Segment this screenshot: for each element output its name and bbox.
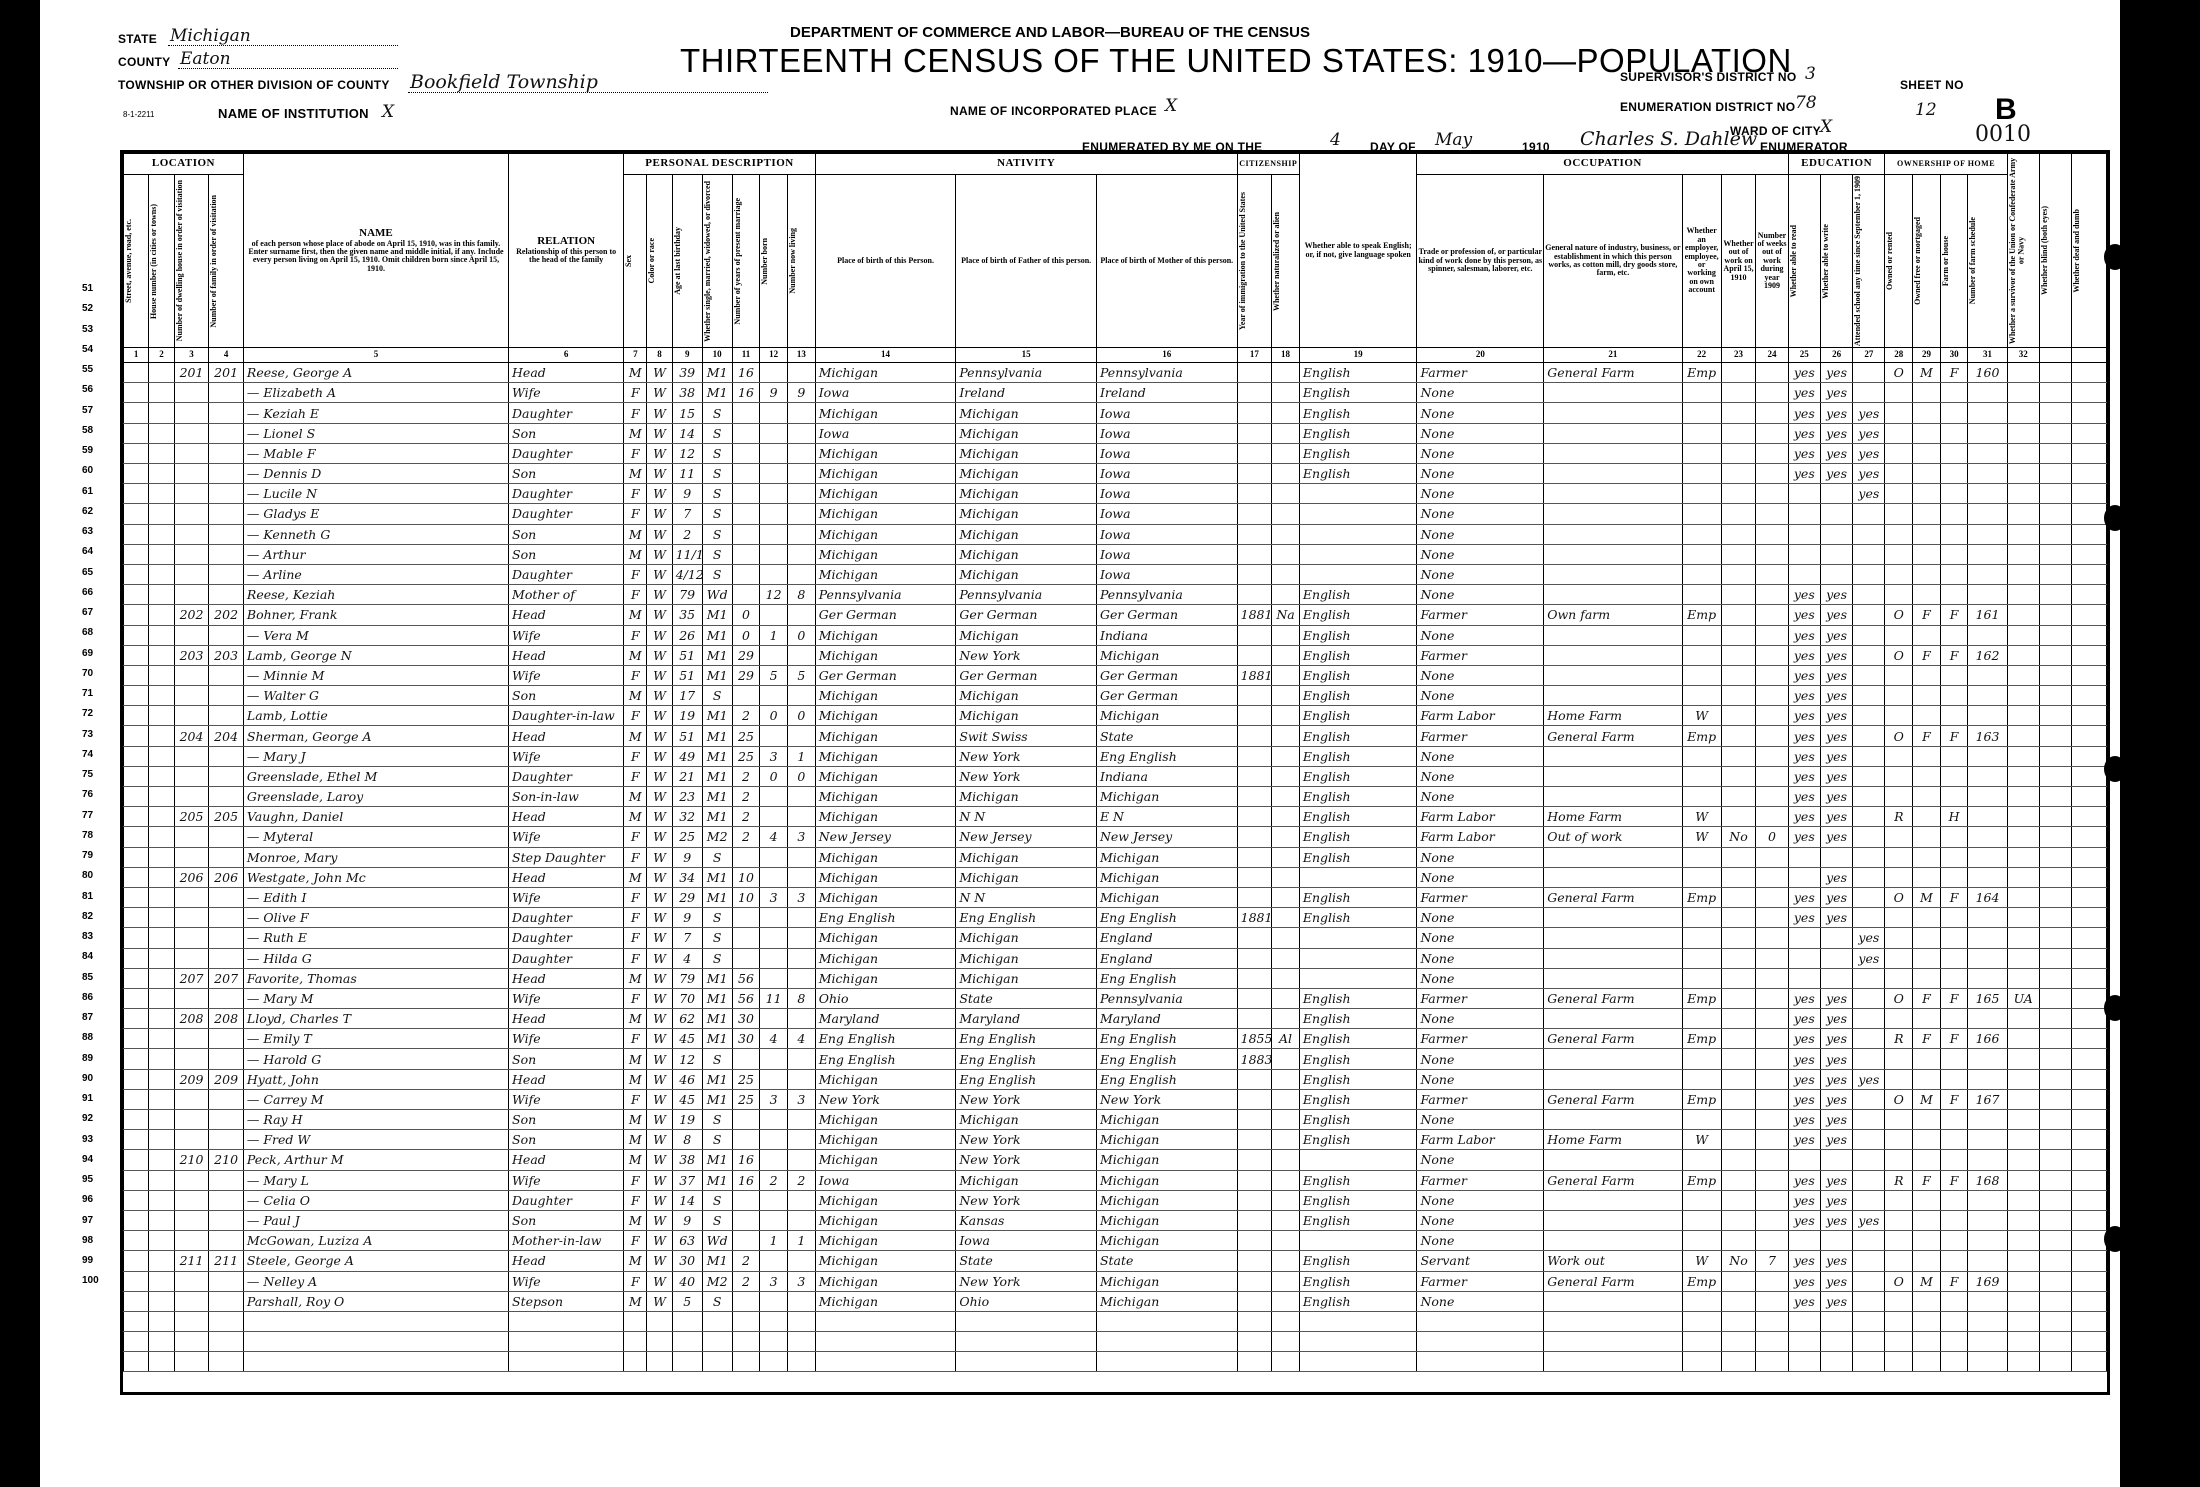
- cell-pob_f: Michigan: [956, 948, 1097, 968]
- cell-trade: Farmer: [1417, 363, 1544, 383]
- cell-dwelling: [174, 1089, 209, 1109]
- cell-school: [1853, 605, 1885, 625]
- cell-write: yes: [1820, 1190, 1852, 1210]
- cell-house: [149, 706, 174, 726]
- cell-school: [1853, 827, 1885, 847]
- cell-emp: [1682, 625, 1721, 645]
- cell-age: 79: [672, 968, 702, 988]
- cell-emp: [1682, 1291, 1721, 1311]
- cell-relation: Daughter: [509, 443, 624, 463]
- cell-sched: [1968, 1110, 2007, 1130]
- cell-mort: F: [1913, 726, 1941, 746]
- cell-imm: [1237, 766, 1272, 786]
- cell-sex: F: [624, 504, 647, 524]
- line-number: 57: [82, 405, 93, 416]
- cell-born: [760, 807, 788, 827]
- cell-lang: English: [1299, 908, 1417, 928]
- cell-pob: Eng English: [815, 1049, 956, 1069]
- cell-blind: [2039, 968, 2071, 988]
- cell-trade: Farmer: [1417, 887, 1544, 907]
- cell-deaf: [2072, 766, 2107, 786]
- cell-weeks: [1756, 1210, 1788, 1230]
- cell-oow: No: [1721, 1251, 1756, 1271]
- cell-write: [1820, 504, 1852, 524]
- cell-mort: [1913, 403, 1941, 423]
- cell-own: [1885, 1291, 1913, 1311]
- cell-sched: [1968, 686, 2007, 706]
- cell-write: yes: [1820, 706, 1852, 726]
- cell-trade: None: [1417, 867, 1544, 887]
- cell-born: 3: [760, 1271, 788, 1291]
- cell-pob: [815, 1332, 956, 1352]
- cell-street: [124, 1352, 149, 1372]
- table-row: 211211Steele, George AHeadMW30M12Michiga…: [124, 1251, 2107, 1271]
- line-number: 72: [82, 708, 93, 719]
- table-row: Greenslade, Ethel MDaughterFW21M1200Mich…: [124, 766, 2107, 786]
- cell-pob_m: Indiana: [1096, 766, 1237, 786]
- cell-pob_m: Michigan: [1096, 1190, 1237, 1210]
- cell-vet: [2007, 585, 2039, 605]
- cell-industry: [1544, 464, 1682, 484]
- cell-color: W: [647, 726, 672, 746]
- cell-age: [672, 1311, 702, 1331]
- cell-age: 14: [672, 1190, 702, 1210]
- cell-lang: [1299, 948, 1417, 968]
- cell-yrs: 25: [732, 746, 760, 766]
- cell-dwelling: 204: [174, 726, 209, 746]
- cell-color: W: [647, 948, 672, 968]
- cell-school: [1853, 787, 1885, 807]
- cell-imm: [1237, 645, 1272, 665]
- cell-marital: Wd: [702, 585, 732, 605]
- cell-color: W: [647, 1170, 672, 1190]
- cell-marital: M1: [702, 1009, 732, 1029]
- table-row: — Vera MWifeFW26M1010MichiganMichiganInd…: [124, 625, 2107, 645]
- column-number: 2: [149, 348, 174, 363]
- cell-relation: Head: [509, 645, 624, 665]
- cell-emp: [1682, 1009, 1721, 1029]
- occupation-header: OCCUPATION: [1417, 154, 1788, 175]
- cell-family: [209, 706, 244, 726]
- cell-house: [149, 1271, 174, 1291]
- cell-oow: [1721, 1150, 1756, 1170]
- cell-pob_f: Eng English: [956, 1029, 1097, 1049]
- cell-school: [1853, 524, 1885, 544]
- cell-read: yes: [1788, 1009, 1820, 1029]
- cell-farm: [1940, 1049, 1968, 1069]
- cell-living: [787, 807, 815, 827]
- cell-read: yes: [1788, 706, 1820, 726]
- cell-trade: None: [1417, 968, 1544, 988]
- cell-pob_m: Iowa: [1096, 403, 1237, 423]
- cell-pob: Michigan: [815, 686, 956, 706]
- cell-blind: [2039, 1170, 2071, 1190]
- cell-weeks: [1756, 988, 1788, 1008]
- cell-color: W: [647, 383, 672, 403]
- cell-oow: [1721, 403, 1756, 423]
- cell-pob: Michigan: [815, 625, 956, 645]
- cell-write: yes: [1820, 585, 1852, 605]
- cell-imm: [1237, 988, 1272, 1008]
- cell-name: Greenslade, Laroy: [243, 787, 508, 807]
- cell-pob_f: Maryland: [956, 1009, 1097, 1029]
- cell-weeks: [1756, 383, 1788, 403]
- cell-living: [787, 464, 815, 484]
- cell-write: yes: [1820, 363, 1852, 383]
- cell-pob_f: Pennsylvania: [956, 363, 1097, 383]
- cell-born: 2: [760, 1170, 788, 1190]
- cell-school: [1853, 766, 1885, 786]
- cell-born: 5: [760, 665, 788, 685]
- cell-marital: S: [702, 544, 732, 564]
- cell-street: [124, 726, 149, 746]
- cell-pob: Michigan: [815, 484, 956, 504]
- cell-age: 45: [672, 1089, 702, 1109]
- column-number: 16: [1096, 348, 1237, 363]
- cell-sched: 169: [1968, 1271, 2007, 1291]
- cell-age: 9: [672, 1210, 702, 1230]
- cell-blind: [2039, 1271, 2071, 1291]
- cell-deaf: [2072, 1170, 2107, 1190]
- cell-lang: English: [1299, 605, 1417, 625]
- cell-born: [760, 403, 788, 423]
- cell-farm: [1940, 968, 1968, 988]
- cell-nat: [1272, 1311, 1300, 1331]
- cell-farm: [1940, 625, 1968, 645]
- cell-age: 34: [672, 867, 702, 887]
- cell-mort: M: [1913, 1271, 1941, 1291]
- cell-family: 203: [209, 645, 244, 665]
- cell-house: [149, 1009, 174, 1029]
- cell-house: [149, 1210, 174, 1230]
- cell-industry: General Farm: [1544, 726, 1682, 746]
- table-row: — Elizabeth AWifeFW38M11699IowaIrelandIr…: [124, 383, 2107, 403]
- cell-lang: [1299, 928, 1417, 948]
- cell-marital: M1: [702, 807, 732, 827]
- cell-name: — Lucile N: [243, 484, 508, 504]
- cell-dwelling: 209: [174, 1069, 209, 1089]
- cell-lang: [1299, 968, 1417, 988]
- cell-deaf: [2072, 726, 2107, 746]
- cell-age: 5: [672, 1291, 702, 1311]
- cell-trade: Servant: [1417, 1251, 1544, 1271]
- cell-living: 1: [787, 746, 815, 766]
- cell-own: R: [1885, 1029, 1913, 1049]
- cell-own: [1885, 1251, 1913, 1271]
- cell-trade: Farm Labor: [1417, 706, 1544, 726]
- cell-trade: Farmer: [1417, 1271, 1544, 1291]
- cell-vet: [2007, 1352, 2039, 1372]
- cell-imm: [1237, 544, 1272, 564]
- cell-dwelling: 210: [174, 1150, 209, 1170]
- column-number: [2072, 348, 2107, 363]
- cell-house: [149, 988, 174, 1008]
- cell-deaf: [2072, 383, 2107, 403]
- cell-emp: [1682, 1069, 1721, 1089]
- cell-nat: [1272, 403, 1300, 423]
- cell-pob_f: Michigan: [956, 867, 1097, 887]
- cell-pob: Michigan: [815, 1271, 956, 1291]
- cell-pob: Michigan: [815, 948, 956, 968]
- cell-deaf: [2072, 988, 2107, 1008]
- cell-nat: [1272, 645, 1300, 665]
- cell-pob_f: New York: [956, 1271, 1097, 1291]
- cell-sched: [1968, 1210, 2007, 1230]
- table-row: — Lionel SSonMW14SIowaMichiganIowaEnglis…: [124, 423, 2107, 443]
- cell-house: [149, 908, 174, 928]
- cell-name: Greenslade, Ethel M: [243, 766, 508, 786]
- cell-family: [209, 787, 244, 807]
- cell-dwelling: [174, 887, 209, 907]
- line-number: 93: [82, 1134, 93, 1145]
- cell-name: — Mary J: [243, 746, 508, 766]
- cell-dwelling: [174, 1130, 209, 1150]
- cell-sex: F: [624, 1190, 647, 1210]
- cell-name: — Gladys E: [243, 504, 508, 524]
- cell-nat: [1272, 1332, 1300, 1352]
- cell-living: [787, 484, 815, 504]
- cell-oow: [1721, 948, 1756, 968]
- cell-yrs: [732, 464, 760, 484]
- cell-living: [787, 544, 815, 564]
- cell-pob: Michigan: [815, 1130, 956, 1150]
- cell-sex: [624, 1311, 647, 1331]
- cell-read: yes: [1788, 464, 1820, 484]
- sex-header: Sex: [625, 255, 633, 267]
- cell-deaf: [2072, 1110, 2107, 1130]
- cell-living: [787, 605, 815, 625]
- cell-lang: English: [1299, 383, 1417, 403]
- cell-pob_f: Michigan: [956, 443, 1097, 463]
- cell-name: — Ray H: [243, 1110, 508, 1130]
- cell-relation: Head: [509, 867, 624, 887]
- column-number: 10: [702, 348, 732, 363]
- cell-vet: [2007, 403, 2039, 423]
- cell-farm: [1940, 686, 1968, 706]
- table-row: — Keziah EDaughterFW15SMichiganMichiganI…: [124, 403, 2107, 423]
- cell-dwelling: [174, 665, 209, 685]
- cell-farm: F: [1940, 605, 1968, 625]
- column-numbers-row: 1234567891011121314151617181920212223242…: [124, 348, 2107, 363]
- cell-blind: [2039, 625, 2071, 645]
- cell-emp: W: [1682, 1251, 1721, 1271]
- cell-living: [787, 443, 815, 463]
- cell-trade: Farmer: [1417, 1170, 1544, 1190]
- department-title: DEPARTMENT OF COMMERCE AND LABOR—BUREAU …: [790, 24, 1310, 41]
- cell-age: 45: [672, 1029, 702, 1049]
- cell-nat: [1272, 1130, 1300, 1150]
- cell-color: W: [647, 706, 672, 726]
- county-value: Eaton: [180, 49, 231, 69]
- cell-deaf: [2072, 867, 2107, 887]
- cell-vet: [2007, 645, 2039, 665]
- cell-school: [1853, 1049, 1885, 1069]
- cell-relation: Son: [509, 524, 624, 544]
- column-number: 22: [1682, 348, 1721, 363]
- cell-vet: [2007, 1291, 2039, 1311]
- cell-house: [149, 928, 174, 948]
- cell-own: [1885, 1130, 1913, 1150]
- cell-school: [1853, 1231, 1885, 1251]
- cell-lang: English: [1299, 1291, 1417, 1311]
- cell-pob_f: Michigan: [956, 423, 1097, 443]
- cell-school: [1853, 1089, 1885, 1109]
- cell-school: [1853, 383, 1885, 403]
- table-row: — Mary LWifeFW37M11622IowaMichiganMichig…: [124, 1170, 2107, 1190]
- cell-house: [149, 1251, 174, 1271]
- cell-marital: S: [702, 1130, 732, 1150]
- cell-marital: [702, 1352, 732, 1372]
- cell-blind: [2039, 383, 2071, 403]
- cell-relation: Head: [509, 1009, 624, 1029]
- nativity-header: NATIVITY: [815, 154, 1237, 175]
- cell-farm: [1940, 1110, 1968, 1130]
- cell-house: [149, 867, 174, 887]
- cell-imm: [1237, 887, 1272, 907]
- cell-pob_f: Michigan: [956, 1170, 1097, 1190]
- cell-name: Peck, Arthur M: [243, 1150, 508, 1170]
- cell-yrs: [732, 403, 760, 423]
- cell-read: yes: [1788, 1271, 1820, 1291]
- cell-sched: [1968, 1352, 2007, 1372]
- cell-emp: [1682, 1352, 1721, 1372]
- cell-school: [1853, 1029, 1885, 1049]
- cell-industry: General Farm: [1544, 988, 1682, 1008]
- children-born-header: Number born: [761, 238, 769, 285]
- cell-trade: None: [1417, 746, 1544, 766]
- sheet-no-label: SHEET NO: [1900, 78, 1964, 92]
- cell-dwelling: [174, 1311, 209, 1331]
- cell-nat: [1272, 827, 1300, 847]
- cell-yrs: [732, 1210, 760, 1230]
- cell-pob_f: New York: [956, 1130, 1097, 1150]
- cell-nat: [1272, 1009, 1300, 1029]
- cell-house: [149, 544, 174, 564]
- cell-farm: [1940, 948, 1968, 968]
- cell-sched: [1968, 867, 2007, 887]
- cell-street: [124, 908, 149, 928]
- cell-living: [787, 867, 815, 887]
- cell-mort: F: [1913, 1029, 1941, 1049]
- cell-house: [149, 1291, 174, 1311]
- cell-nat: [1272, 847, 1300, 867]
- cell-own: [1885, 1150, 1913, 1170]
- cell-house: [149, 887, 174, 907]
- cell-born: [760, 1352, 788, 1372]
- cell-house: [149, 1150, 174, 1170]
- cell-pob: Michigan: [815, 1251, 956, 1271]
- cell-house: [149, 787, 174, 807]
- cell-family: [209, 564, 244, 584]
- cell-family: [209, 625, 244, 645]
- cell-street: [124, 443, 149, 463]
- cell-street: [124, 524, 149, 544]
- cell-nat: [1272, 585, 1300, 605]
- cell-mort: [1913, 1210, 1941, 1230]
- cell-mort: [1913, 787, 1941, 807]
- cell-trade: None: [1417, 423, 1544, 443]
- cell-vet: [2007, 625, 2039, 645]
- cell-dwelling: [174, 403, 209, 423]
- cell-blind: [2039, 706, 2071, 726]
- cell-farm: [1940, 867, 1968, 887]
- cell-vet: [2007, 1130, 2039, 1150]
- cell-color: W: [647, 928, 672, 948]
- cell-dwelling: [174, 928, 209, 948]
- cell-blind: [2039, 1089, 2071, 1109]
- cell-read: yes: [1788, 787, 1820, 807]
- cell-mort: [1913, 383, 1941, 403]
- cell-family: [209, 1190, 244, 1210]
- cell-lang: [1299, 564, 1417, 584]
- owned-rented-header: Owned or rented: [1886, 232, 1894, 290]
- cell-house: [149, 524, 174, 544]
- cell-born: 9: [760, 383, 788, 403]
- cell-born: [760, 1332, 788, 1352]
- cell-sched: 166: [1968, 1029, 2007, 1049]
- cell-write: yes: [1820, 1049, 1852, 1069]
- cell-mort: F: [1913, 605, 1941, 625]
- cell-trade: Farmer: [1417, 1029, 1544, 1049]
- cell-weeks: [1756, 1049, 1788, 1069]
- cell-imm: [1237, 1110, 1272, 1130]
- cell-sched: 168: [1968, 1170, 2007, 1190]
- cell-pob: Michigan: [815, 847, 956, 867]
- write-header: Whether able to write: [1822, 224, 1830, 299]
- cell-industry: [1544, 908, 1682, 928]
- cell-living: [787, 1049, 815, 1069]
- cell-deaf: [2072, 464, 2107, 484]
- cell-name: Lamb, Lottie: [243, 706, 508, 726]
- cell-lang: English: [1299, 1190, 1417, 1210]
- table-row: 208208Lloyd, Charles THeadMW62M130Maryla…: [124, 1009, 2107, 1029]
- cell-born: [760, 564, 788, 584]
- cell-imm: [1237, 1150, 1272, 1170]
- cell-pob_f: Michigan: [956, 504, 1097, 524]
- column-number: 18: [1272, 348, 1300, 363]
- table-row: 210210Peck, Arthur MHeadMW38M116Michigan…: [124, 1150, 2107, 1170]
- cell-relation: Son: [509, 1210, 624, 1230]
- cell-imm: [1237, 746, 1272, 766]
- cell-farm: [1940, 1231, 1968, 1251]
- cell-oow: [1721, 726, 1756, 746]
- table-row: — Nelley AWifeFW40M2233MichiganNew YorkM…: [124, 1271, 2107, 1291]
- cell-dwelling: [174, 504, 209, 524]
- cell-industry: [1544, 1190, 1682, 1210]
- cell-deaf: [2072, 504, 2107, 524]
- cell-name: — Emily T: [243, 1029, 508, 1049]
- table-row: 207207Favorite, ThomasHeadMW79M156Michig…: [124, 968, 2107, 988]
- cell-own: [1885, 585, 1913, 605]
- sheet-no-value: 12: [1915, 100, 1937, 120]
- cell-living: [787, 1291, 815, 1311]
- cell-street: [124, 807, 149, 827]
- cell-name: [243, 1332, 508, 1352]
- cell-family: [209, 1210, 244, 1230]
- cell-yrs: [732, 504, 760, 524]
- cell-nat: [1272, 363, 1300, 383]
- cell-own: [1885, 1311, 1913, 1331]
- cell-weeks: [1756, 867, 1788, 887]
- cell-family: [209, 544, 244, 564]
- cell-trade: None: [1417, 686, 1544, 706]
- cell-trade: None: [1417, 1049, 1544, 1069]
- cell-emp: [1682, 645, 1721, 665]
- cell-pob_m: Maryland: [1096, 1009, 1237, 1029]
- cell-living: [787, 423, 815, 443]
- cell-born: [760, 1210, 788, 1230]
- cell-dwelling: [174, 1170, 209, 1190]
